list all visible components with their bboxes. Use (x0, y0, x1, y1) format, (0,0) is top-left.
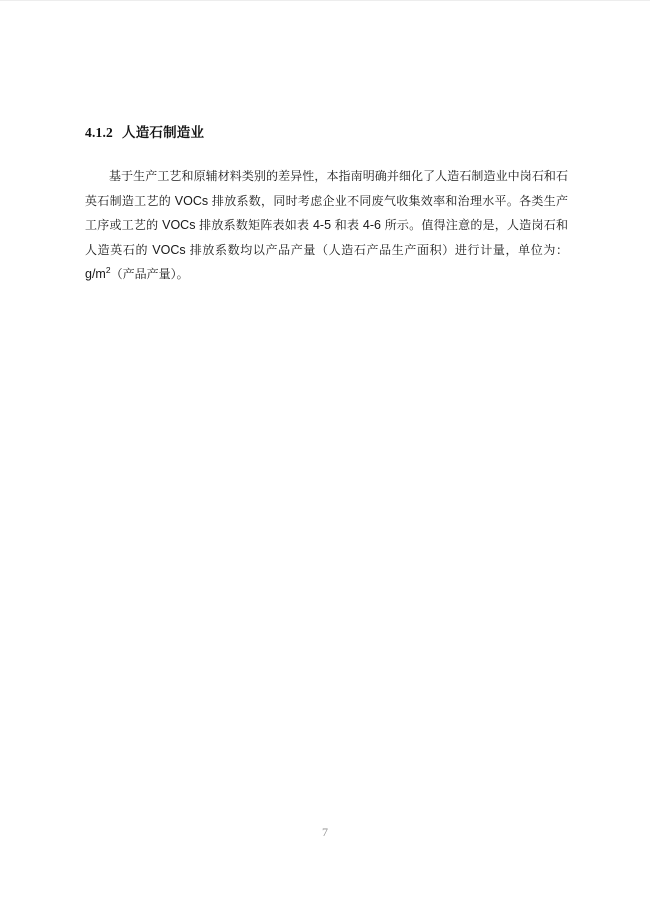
text-segment: 排放系数均以产品产量（人造石产品生产面积）进行计量，单位为： (190, 243, 568, 257)
text-segment: 排放系数矩阵表如表 (199, 218, 309, 232)
document-page: { "document": { "heading": { "number": "… (0, 0, 650, 919)
section-heading: 4.1.2人造石制造业 (85, 121, 568, 141)
body-paragraph: 基于生产工艺和原辅材料类别的差异性，本指南明确并细化了人造石制造业中岗石和石英石… (85, 164, 568, 287)
text-segment: VOCs (171, 194, 212, 208)
text-segment: VOCs (158, 218, 199, 232)
text-segment: 4-5 (309, 218, 334, 232)
text-segment: g/m (85, 267, 106, 281)
page-number: 7 (322, 825, 328, 839)
section-number: 4.1.2 (85, 125, 113, 140)
section-title: 人造石制造业 (122, 125, 204, 140)
page-content: 4.1.2人造石制造业 基于生产工艺和原辅材料类别的差异性，本指南明确并细化了人… (85, 121, 568, 287)
text-segment: （产品产量）。 (111, 267, 189, 281)
text-segment: 和表 (335, 218, 359, 232)
text-segment: VOCs (148, 243, 190, 257)
page-footer: 7 (0, 823, 650, 841)
text-segment: 4-6 (359, 218, 384, 232)
